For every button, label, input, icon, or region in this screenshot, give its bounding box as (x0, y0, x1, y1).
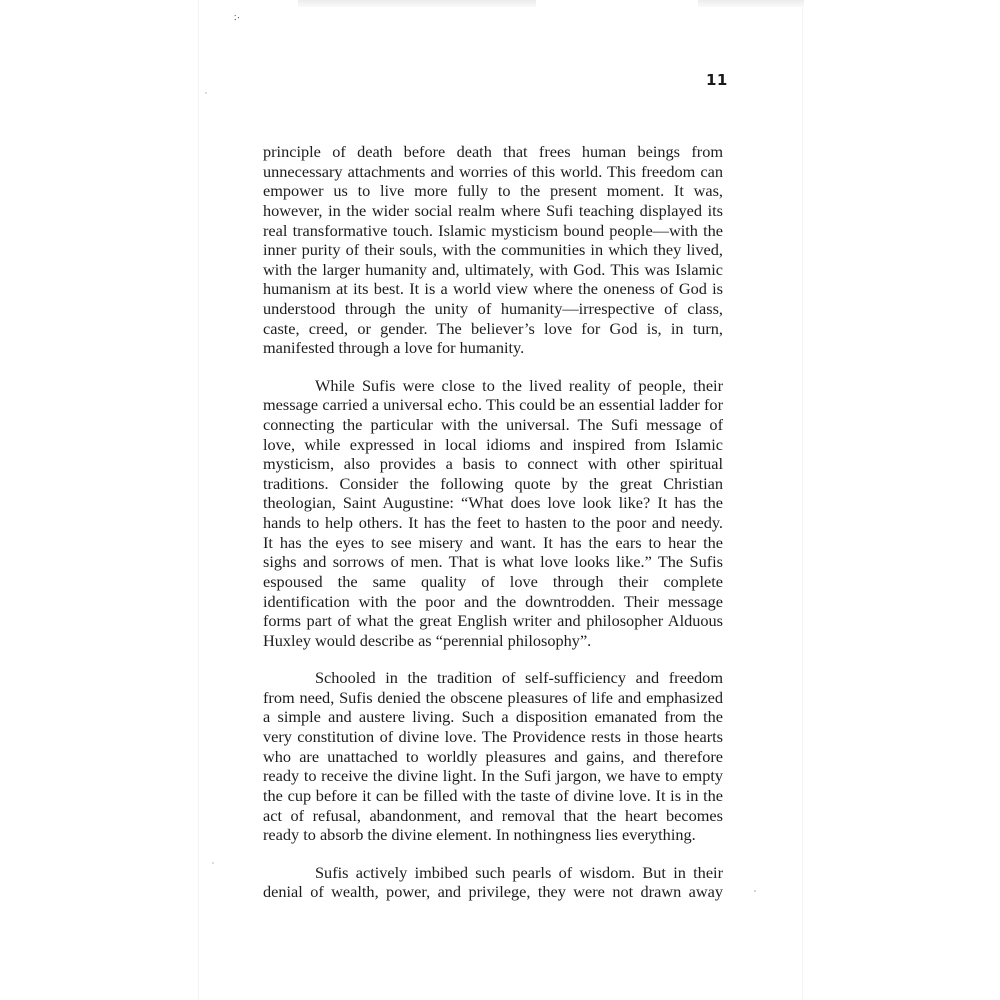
paragraph: principle of death before death that fre… (263, 142, 723, 358)
body-text: principle of death before death that fre… (263, 142, 723, 919)
scan-bleed-artifact (298, 0, 536, 7)
text-line: message carried a universal echo. This c… (263, 395, 723, 415)
page-number: 11 (706, 71, 728, 89)
paragraph: Sufis actively imbibed such pearls of wi… (263, 863, 723, 902)
text-line: love, while expressed in local idioms an… (263, 435, 723, 455)
scan-bleed-artifact (698, 0, 804, 7)
text-line: humanism at its best. It is a world view… (263, 279, 723, 299)
text-line: manifested through a love for humanity. (263, 338, 723, 358)
text-line: connecting the particular with the unive… (263, 415, 723, 435)
paragraph: While Sufis were close to the lived real… (263, 376, 723, 651)
text-line: Sufis actively imbibed such pearls of wi… (263, 863, 723, 883)
text-line: hands to help others. It has the feet to… (263, 513, 723, 533)
text-line: who are unattached to worldly pleasures … (263, 747, 723, 767)
text-line: unnecessary attachments and worries of t… (263, 162, 723, 182)
scan-dust-dot (205, 92, 207, 94)
text-line: identification with the poor and the dow… (263, 592, 723, 612)
text-line: While Sufis were close to the lived real… (263, 376, 723, 396)
text-line: denial of wealth, power, and privilege, … (263, 882, 723, 902)
text-line: traditions. Consider the following quote… (263, 474, 723, 494)
text-line: understood through the unity of humanity… (263, 299, 723, 319)
text-line: inner purity of their souls, with the co… (263, 240, 723, 260)
text-line: theologian, Saint Augustine: “What does … (263, 493, 723, 513)
text-line: a simple and austere living. Such a disp… (263, 707, 723, 727)
text-line: ready to absorb the divine element. In n… (263, 825, 723, 845)
text-line: empower us to live more fully to the pre… (263, 181, 723, 201)
text-line: forms part of what the great English wri… (263, 611, 723, 631)
paragraph: Schooled in the tradition of self-suffic… (263, 668, 723, 845)
page-edge-right (802, 0, 803, 1000)
text-line: Huxley would describe as “perennial phil… (263, 631, 723, 651)
text-line: the cup before it can be filled with the… (263, 786, 723, 806)
text-line: ready to receive the divine light. In th… (263, 766, 723, 786)
scan-dust-dot (754, 890, 756, 892)
text-line: from need, Sufis denied the obscene plea… (263, 688, 723, 708)
scanned-book-page: ∴ 11 principle of death before death tha… (0, 0, 1000, 1000)
text-line: principle of death before death that fre… (263, 142, 723, 162)
text-line: very constitution of divine love. The Pr… (263, 727, 723, 747)
text-line: Schooled in the tradition of self-suffic… (263, 668, 723, 688)
text-line: real transformative touch. Islamic mysti… (263, 221, 723, 241)
text-line: sighs and sorrows of men. That is what l… (263, 552, 723, 572)
text-line: It has the eyes to see misery and want. … (263, 533, 723, 553)
text-line: mysticism, also provides a basis to conn… (263, 454, 723, 474)
text-line: espoused the same quality of love throug… (263, 572, 723, 592)
text-line: with the larger humanity and, ultimately… (263, 260, 723, 280)
scan-speck-mark: ∴ (232, 13, 241, 24)
text-line: act of refusal, abandonment, and removal… (263, 806, 723, 826)
text-line: caste, creed, or gender. The believer’s … (263, 319, 723, 339)
text-line: however, in the wider social realm where… (263, 201, 723, 221)
page-edge-left (198, 0, 199, 1000)
scan-dust-dot (212, 862, 214, 864)
